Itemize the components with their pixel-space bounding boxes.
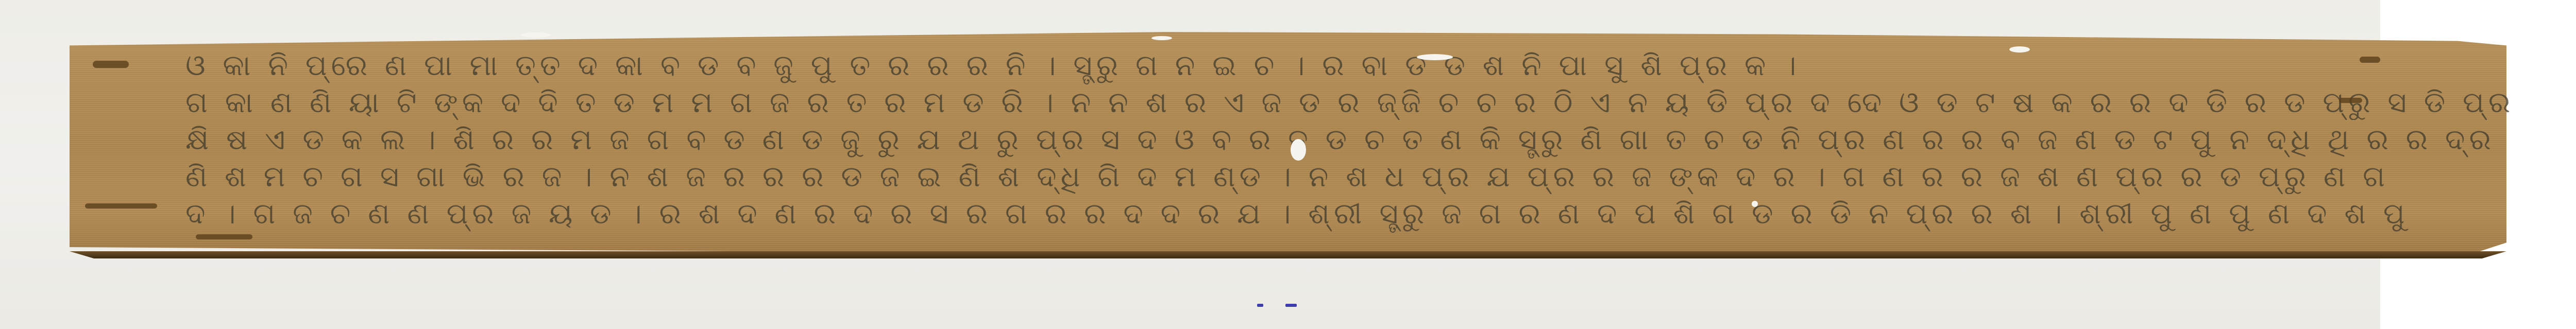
damage-hole: [1151, 36, 1172, 40]
leaf-bottom-edge: [70, 251, 2506, 258]
worm-track: [2339, 98, 2362, 103]
worm-track: [196, 234, 252, 239]
manuscript-text: ଓ କା ନି ପ୍ରେ ଣ ପା ମା ତ୍ତ ଦ କା ବ ଡ ବ ଜୁ ପ…: [185, 49, 2452, 234]
damage-hole: [1417, 54, 1453, 60]
worm-track: [93, 61, 129, 68]
manuscript-line-3: କ୍ଷି ଷ ଏ ଡ କ ଲ । ଶି ର ର ମ ଜ ଗ ବ ଡ ଣ ଡ ଜୁ…: [185, 123, 2495, 157]
ink-mark: [1285, 304, 1297, 307]
worm-track: [85, 203, 157, 209]
manuscript-line-2: ଗ କା ଣ ଣି ୟା ଟି ଙ୍କ ଦ ଦି ତ ଡ ମ ମ ଗ ଜ ର ତ…: [185, 86, 2514, 120]
manuscript-line-5: ଦ । ଗ ଜ ଚ ଣ ଣ ପ୍ର ଜ ୟ ଡ । ର ଶ ଦ ଣ ର ଦ ର …: [185, 197, 2409, 231]
ink-mark: [1257, 304, 1263, 307]
damage-hole: [2009, 46, 2030, 53]
damage-hole: [520, 32, 551, 38]
binding-hole: [1291, 139, 1306, 161]
worm-track: [2360, 57, 2380, 63]
manuscript-line-4: ଣି ଶ ମ ଚ ଗ ସ ଗା ଭି ର ଜ । ନ ଶ ଜ ର ର ର ଡ ଜ…: [185, 160, 2389, 194]
damage-hole: [1752, 201, 1758, 207]
manuscript-line-1: ଓ କା ନି ପ୍ରେ ଣ ପା ମା ତ୍ତ ଦ କା ବ ଡ ବ ଜୁ ପ…: [185, 49, 1800, 83]
